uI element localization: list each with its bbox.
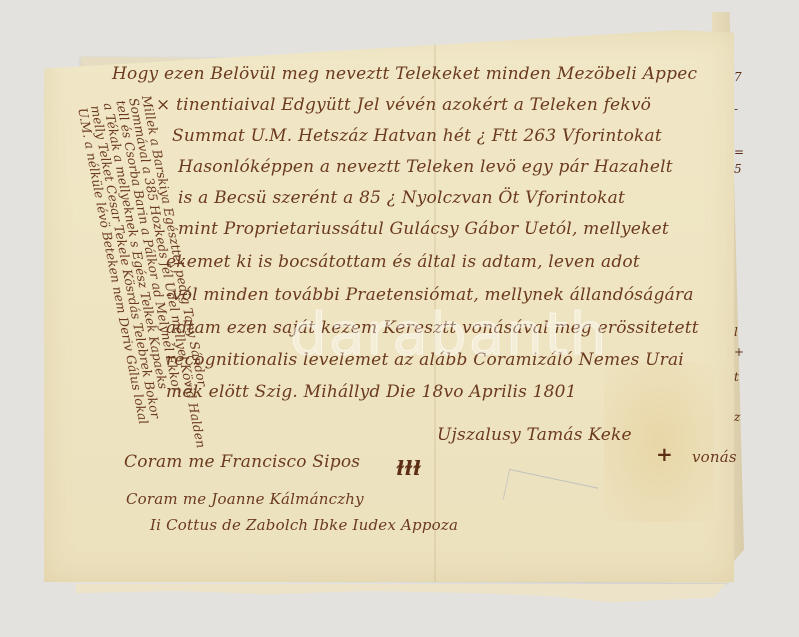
signer-mark-label: vonás (692, 448, 737, 466)
edge-mark: t (734, 370, 739, 384)
body-line-6: mint Proprietariussátul Gulácsy Gábor Ue… (178, 219, 669, 239)
edge-mark: z (734, 410, 740, 424)
edge-mark: - (734, 102, 738, 116)
body-line-11: mék elött Szig. Mihállyd Die 18vo Aprili… (166, 382, 577, 402)
signer-name: Ujszalusy Tamás Keke (437, 425, 632, 445)
edge-mark: l (734, 325, 738, 339)
witness-2-signature: Coram me Joanne Kálmánczhy (126, 490, 364, 508)
edge-mark: = (734, 145, 744, 159)
torn-bottom-edge (76, 584, 726, 607)
body-line-8: -vól minden további Praetensiómat, melly… (166, 285, 694, 305)
body-line-1: Hogy ezen Belövül meg neveztt Telekeket … (112, 64, 697, 84)
edge-mark: + (734, 345, 744, 359)
body-line-5: is a Becsü szerént a 85 ¿ Nyolczvan Öt V… (178, 188, 625, 208)
body-line-3: Summat U.M. Hetszáz Hatvan hét ¿ Ftt 263… (172, 126, 662, 146)
body-line-10: recognitionalis levelemet az alább Coram… (166, 350, 684, 370)
body-line-7: ekemet ki is bocsátottam és által is adt… (166, 252, 640, 272)
body-line-2: × tinentiaival Edgyütt Jel vévén azokért… (156, 95, 651, 115)
witness-1-signature: Coram me Francisco Sipos (124, 452, 360, 472)
witness-1-mark: ɫɫɫ (396, 456, 421, 480)
signer-cross-mark: + (656, 442, 673, 466)
body-line-9: adtam ezen saját kezem Keresztt vonásáva… (166, 318, 699, 338)
edge-mark: 7 (734, 70, 742, 84)
body-line-4: Hasonlóképpen a neveztt Teleken levö egy… (178, 157, 673, 177)
witness-3-signature: Ii Cottus de Zabolch Ibke Iudex Appoza (150, 516, 458, 534)
edge-mark: 5 (734, 162, 742, 176)
